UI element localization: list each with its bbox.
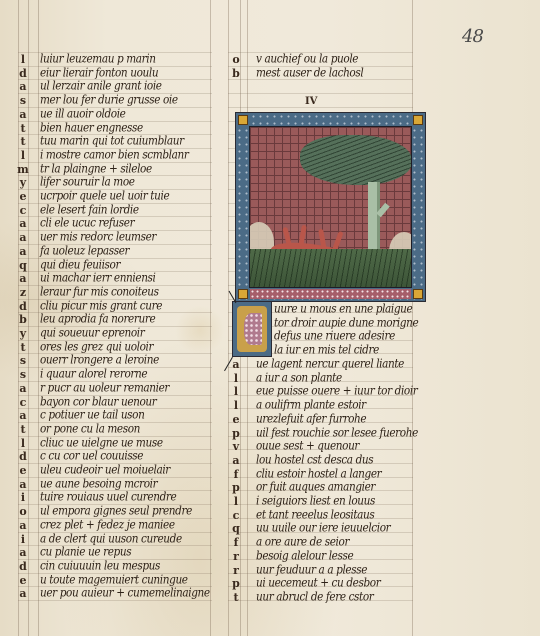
verse-text: besoig alelour lesse [256, 549, 353, 563]
verse-initial: t [15, 341, 31, 354]
verse-initial: e [228, 413, 244, 426]
verse-initial: b [15, 313, 31, 326]
verse-text: or fuit auques amangier [256, 480, 375, 494]
verse-text: ui machar ierr enniensi [40, 271, 156, 285]
verse-text: tr la plaingne + sileloe [40, 162, 152, 176]
verse-text: cliu picur mis grant cure [40, 299, 162, 313]
verse-initial: q [15, 259, 31, 272]
decorated-initial [233, 302, 271, 356]
verse-text: a oulifrm plante estoir [256, 398, 366, 412]
verse-text: a ore aure de seior [256, 535, 349, 549]
verse-text: uer mis redorc leumser [40, 230, 156, 244]
verse-initial: s [15, 94, 31, 107]
verse-initial: a [228, 454, 244, 467]
verse-text: cliuc ue uielgne ue muse [40, 436, 163, 450]
verse-initial: a [15, 217, 31, 230]
verse-initial: e [15, 190, 31, 203]
miniature-scene [250, 127, 411, 287]
ruling-line [210, 0, 211, 636]
gold-corner [413, 289, 423, 299]
verse-text: lifer souruir la moe [40, 175, 135, 189]
verse-text: defus une riuere adesire [274, 329, 395, 343]
initial-letter-fill [244, 313, 262, 345]
verse-initial: a [15, 272, 31, 285]
verse-initial: p [228, 427, 244, 440]
verse-text: ue lagent nercur querel liante [256, 357, 404, 371]
verse-initial: a [15, 108, 31, 121]
verse-text: uure u mous en une plaigue [274, 302, 412, 316]
verse-text: mer lou fer durie grusse oie [40, 93, 178, 107]
verse-text: lou hostel cst desca dus [256, 453, 373, 467]
verse-initial: a [15, 478, 31, 491]
verse-initial: z [15, 286, 31, 299]
verse-text: cu planie ue repus [40, 545, 131, 559]
verse-initial: a [15, 80, 31, 93]
chapter-mark: IV [305, 96, 317, 107]
initial-letter-gold [237, 306, 267, 352]
verse-initial: m [15, 163, 31, 176]
verse-text: v auchief ou la puole [256, 52, 358, 66]
gold-corner [238, 289, 248, 299]
verse-text: ue ill auoir oldoie [40, 107, 125, 121]
verse-text: ouue sest + quenour [256, 439, 359, 453]
verse-text: i mostre camor bien scmblanr [40, 148, 188, 162]
verse-initial: d [15, 67, 31, 80]
verse-initial: a [15, 546, 31, 559]
verse-initial: a [15, 519, 31, 532]
ruling-line [228, 107, 413, 108]
verse-text: qui dieu feuiisor [40, 258, 120, 272]
verse-initial: d [15, 560, 31, 573]
verse-initial: a [15, 409, 31, 422]
verse-text: leu aprodia fa norerure [40, 312, 155, 326]
verse-text: eue puisse ouere + iuur tor dioir [256, 384, 417, 398]
verse-initial: f [228, 536, 244, 549]
verse-text: tuu marin qui tot cuiumblaur [40, 134, 184, 148]
verse-text: uu uuile our iere ieuuelcior [256, 521, 390, 535]
verse-text: luiur leuzemau p marin [40, 52, 156, 66]
ruling-line [228, 93, 413, 94]
verse-text: i seiguiors liest en louus [256, 494, 375, 508]
verse-text: uil fest rouchie sor lesee fuerohe [256, 426, 418, 440]
verse-text: c cu cor uel couuisse [40, 449, 143, 463]
verse-text: qui soueuur eprenoir [40, 326, 144, 340]
verse-text: bayon cor blaur uenour [40, 395, 156, 409]
verse-text: ul empora gignes seul prendre [40, 504, 192, 518]
verse-initial: i [15, 533, 31, 546]
verse-text: a de clert qui uuson cureude [40, 532, 182, 546]
verse-initial: d [15, 450, 31, 463]
verse-initial: l [15, 149, 31, 162]
verse-text: or pone cu la meson [40, 422, 140, 436]
miniature-illumination [236, 113, 425, 301]
verse-text: uleu cudeoir uel moiuelair [40, 463, 170, 477]
verse-initial: q [228, 522, 244, 535]
verse-initial: s [15, 354, 31, 367]
verse-text: c potiuer ue tail uson [40, 408, 144, 422]
verse-text: mest auser de lachosl [256, 66, 363, 80]
verse-initial: o [228, 53, 244, 66]
verse-initial: l [228, 399, 244, 412]
verse-text: ele lesert fain lordie [40, 203, 139, 217]
verse-text: et tant reeelus leositaus [256, 508, 374, 522]
manuscript-page: 48 IV lluiur leuzemau p marindeiur liera… [0, 0, 540, 636]
verse-initial: l [228, 495, 244, 508]
verse-initial: v [228, 440, 244, 453]
verse-initial: t [15, 122, 31, 135]
verse-text: ores les grez qui uoloir [40, 340, 153, 354]
verse-initial: i [15, 491, 31, 504]
verse-initial: t [228, 591, 244, 604]
verse-initial: y [15, 176, 31, 189]
verse-text: ul lerzair anile grant ioie [40, 79, 162, 93]
ruling-line [18, 600, 212, 601]
verse-text: ucrpoir quele uel uoir tuie [40, 189, 169, 203]
verse-initial: a [15, 245, 31, 258]
verse-text: tor droir aupie dune morigne [274, 316, 418, 330]
verse-initial: s [15, 368, 31, 381]
verse-text: fa uoleuz lepasser [40, 244, 129, 258]
verse-text: eiur lierair fonton uoulu [40, 66, 158, 80]
verse-initial: c [15, 396, 31, 409]
verse-text: la iur en mis tel cidre [274, 343, 379, 357]
verse-initial: c [228, 509, 244, 522]
verse-text: ouerr lrongere a leroine [40, 353, 159, 367]
verse-initial: p [228, 481, 244, 494]
verse-text: u toute magemuiert cuningue [40, 573, 188, 587]
verse-text: ue aune besoing mcroir [40, 477, 157, 491]
verse-text: ui uecemeut + cu desbor [256, 576, 380, 590]
verse-text: urezlefuit afer furrohe [256, 412, 366, 426]
verse-text: leraur fur mis conoiteus [40, 285, 159, 299]
gold-corner [238, 115, 248, 125]
verse-initial: a [15, 587, 31, 600]
verse-initial: t [15, 423, 31, 436]
verse-text: uur abrucl de fere cstor [256, 590, 373, 604]
verse-initial: r [228, 564, 244, 577]
verse-text: r pucr au uoleur remanier [40, 381, 169, 395]
grass [250, 249, 411, 287]
verse-text: a iur a son plante [256, 371, 342, 385]
folio-number: 48 [462, 26, 483, 47]
verse-initial: l [15, 53, 31, 66]
verse-initial: o [15, 505, 31, 518]
verse-initial: b [228, 67, 244, 80]
verse-initial: e [15, 574, 31, 587]
verse-initial: c [15, 204, 31, 217]
verse-text: uer pou auieur + cumemelinaigne [40, 586, 210, 600]
verse-text: bien hauer engnesse [40, 121, 143, 135]
verse-initial: f [228, 468, 244, 481]
verse-initial: e [15, 464, 31, 477]
verse-initial: y [15, 327, 31, 340]
verse-initial: p [228, 577, 244, 590]
verse-text: cliu estoir hostel a langer [256, 467, 381, 481]
tree-foliage [300, 135, 411, 185]
verse-text: tuire rouiaus uuel curendre [40, 490, 176, 504]
verse-initial: l [228, 385, 244, 398]
verse-initial: t [15, 135, 31, 148]
verse-initial: l [15, 437, 31, 450]
verse-initial: r [228, 550, 244, 563]
verse-text: cin cuiuuuin leu mespus [40, 559, 160, 573]
miniature-bottom-band [250, 289, 411, 299]
verse-text: uur feuduur a a plesse [256, 563, 367, 577]
gold-corner [413, 115, 423, 125]
ruling-line [38, 0, 39, 636]
verse-initial: a [15, 382, 31, 395]
verse-initial: d [15, 300, 31, 313]
verse-initial: l [228, 372, 244, 385]
verse-text: i quaur alorel rerorne [40, 367, 147, 381]
verse-text: crez plet + fedez je maniee [40, 518, 175, 532]
verse-text: cli ele ucuc refuser [40, 216, 134, 230]
verse-initial: a [15, 231, 31, 244]
